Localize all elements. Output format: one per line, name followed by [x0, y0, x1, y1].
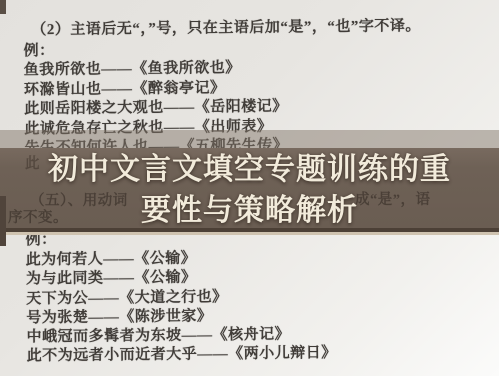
banner-title-line-2: 要性与策略解析 [0, 189, 499, 230]
photo-corner-artifact [0, 0, 6, 14]
document-line: 此不为远者小而近者大乎——《两小儿辩日》 [27, 341, 337, 365]
scanned-document-page: （2）主语后无“，”号，只在主语后加“是”，“也”字不译。 例： 鱼我所欲也——… [0, 0, 499, 376]
photo-edge-artifact [0, 196, 6, 246]
banner-bottom-edge-highlight [0, 232, 499, 235]
banner-translucent-top-strip [0, 130, 499, 150]
title-banner-overlay: 此 （五）、用动词 成“是”，语 序不变。 初中文言文填空专题训练的重 要性与策… [0, 148, 499, 232]
document-line: （2）主语后无“，”号，只在主语后加“是”，“也”字不译。 [31, 14, 421, 39]
banner-title-line-1: 初中文言文填空专题训练的重 [0, 148, 499, 189]
